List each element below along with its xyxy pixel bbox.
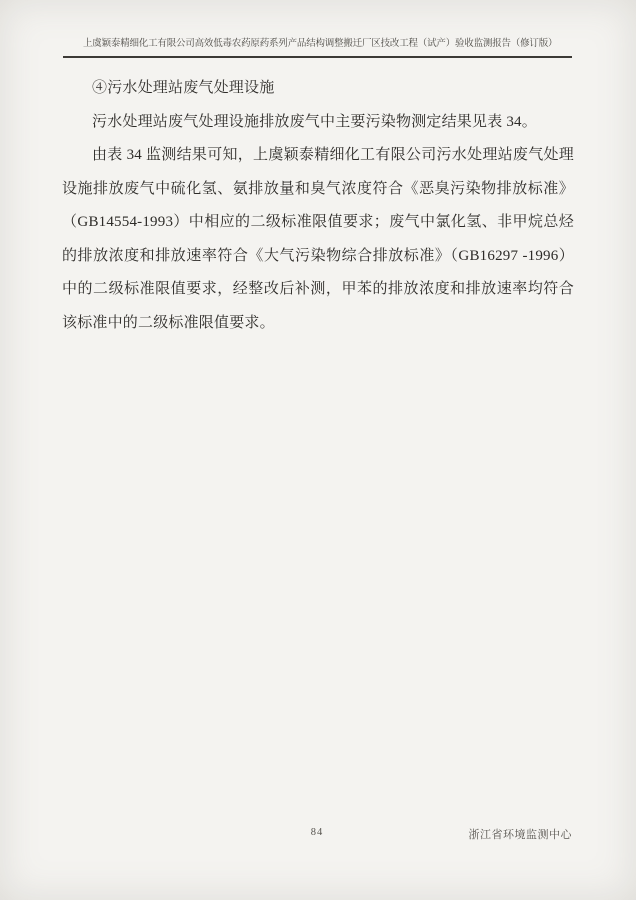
section-heading: ④污水处理站废气处理设施 xyxy=(62,72,574,106)
document-page: 上虞颖泰精细化工有限公司高效低毒农药原药系列产品结构调整搬迁厂区技改工程（试产）… xyxy=(0,0,636,900)
footer-organization: 浙江省环境监测中心 xyxy=(469,826,573,842)
page-header: 上虞颖泰精细化工有限公司高效低毒农药原药系列产品结构调整搬迁厂区技改工程（试产）… xyxy=(63,36,572,58)
body-paragraph: 由表 34 监测结果可知，上虞颖泰精细化工有限公司污水处理站废气处理设施排放废气… xyxy=(62,139,574,340)
body-paragraph: 污水处理站废气处理设施排放废气中主要污染物测定结果见表 34。 xyxy=(62,106,574,140)
header-title: 上虞颖泰精细化工有限公司高效低毒农药原药系列产品结构调整搬迁厂区技改工程（试产）… xyxy=(63,36,572,52)
document-body: ④污水处理站废气处理设施 污水处理站废气处理设施排放废气中主要污染物测定结果见表… xyxy=(62,72,574,340)
page-footer: 84 浙江省环境监测中心 xyxy=(62,824,572,846)
